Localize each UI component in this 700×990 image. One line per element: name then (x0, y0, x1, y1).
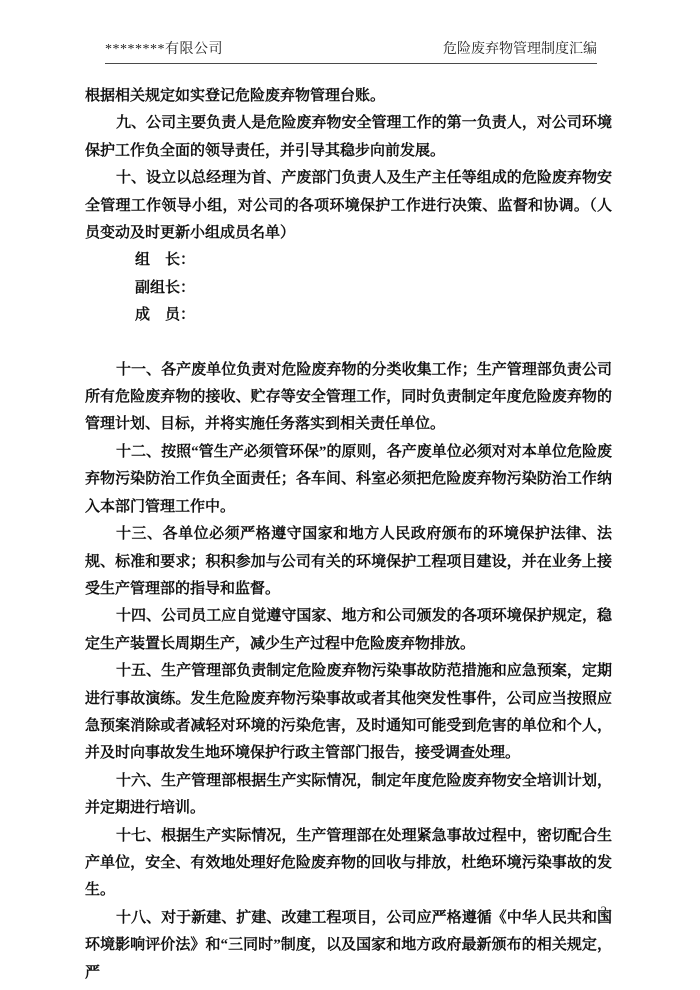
members-label: 成 员： (85, 302, 612, 329)
document-body: 根据相关规定如实登记危险废弃物管理台账。 九、公司主要负责人是危险废弃物安全管理… (85, 83, 612, 987)
item-16-paragraph: 十六、生产管理部根据生产实际情况，制定年度危险废弃物安全培训计划，并定期进行培训… (85, 768, 612, 823)
item-15-paragraph: 十五、生产管理部负责制定危险废弃物污染事故防范措施和应急预案，定期进行事故演练。… (85, 658, 612, 768)
item-13-paragraph: 十三、各单位必须严格遵守国家和地方人民政府颁布的环境保护法律、法规、标准和要求；… (85, 521, 612, 603)
group-leader-label: 组 长： (85, 247, 612, 274)
item-9-paragraph: 九、公司主要负责人是危险废弃物安全管理工作的第一负责人，对公司环境保护工作负全面… (85, 110, 612, 165)
deputy-leader-label: 副组长： (85, 275, 612, 302)
page-header: ********有限公司 危险废弃物管理制度汇编 (105, 41, 597, 64)
item-14-paragraph: 十四、公司员工应自觉遵守国家、地方和公司颁发的各项环境保护规定，稳定生产装置长周… (85, 603, 612, 658)
item-10-paragraph: 十、设立以总经理为首、产废部门负责人及生产主任等组成的危险废弃物安全管理工作领导… (85, 165, 612, 247)
item-18-paragraph: 十八、对于新建、扩建、改建工程项目，公司应严格遵循《中华人民共和国环境影响评价法… (85, 905, 612, 987)
item-12-paragraph: 十二、按照“管生产必须管环保”的原则，各产废单位必须对对本单位危险废弃物污染防治… (85, 439, 612, 521)
blank-line (85, 330, 612, 357)
document-page: ********有限公司 危险废弃物管理制度汇编 根据相关规定如实登记危险废弃物… (0, 0, 700, 990)
document-title: 危险废弃物管理制度汇编 (443, 41, 597, 59)
item-17-paragraph: 十七、根据生产实际情况，生产管理部在处理紧急事故过程中，密切配合生产单位，安全、… (85, 823, 612, 905)
page-number: 2 (601, 903, 608, 919)
item-11-paragraph: 十一、各产废单位负责对危险废弃物的分类收集工作；生产管理部负责公司所有危险废弃物… (85, 357, 612, 439)
continuation-paragraph: 根据相关规定如实登记危险废弃物管理台账。 (85, 83, 612, 110)
company-name: ********有限公司 (105, 41, 223, 59)
